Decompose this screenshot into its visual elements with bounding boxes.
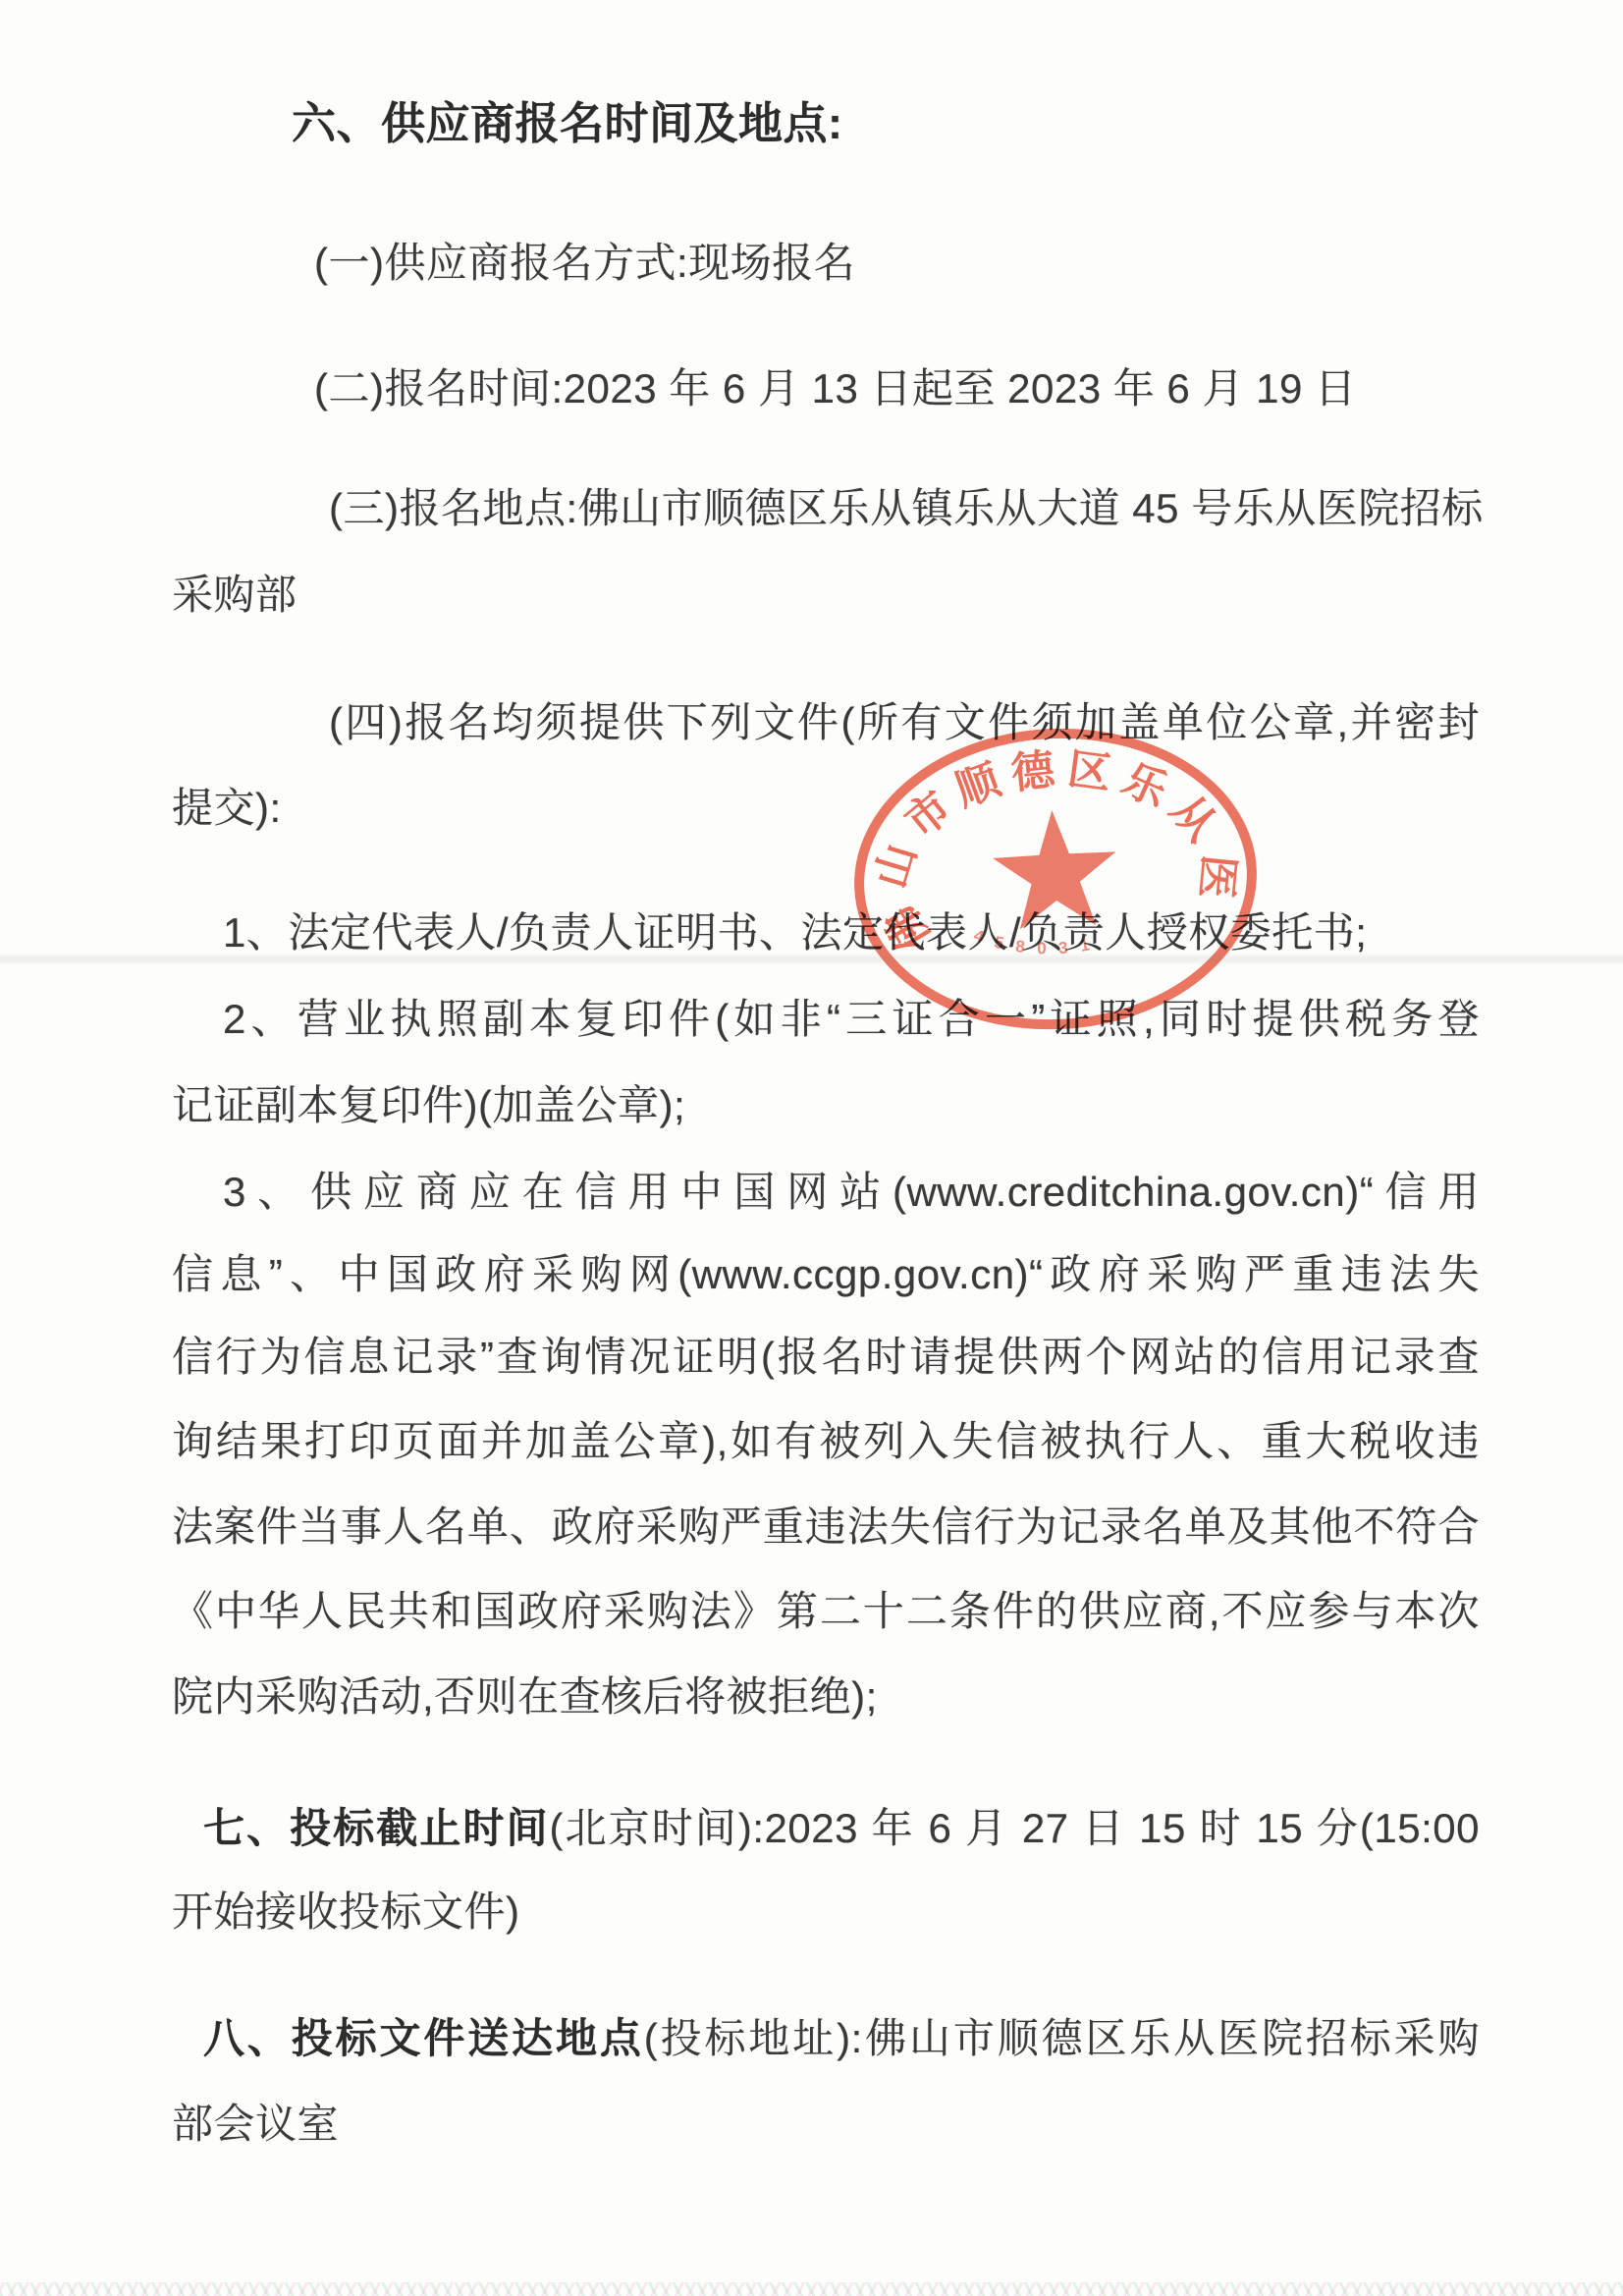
doc-line-text: 《中华人民共和国政府采购法》第二十二条件的供应商,不应参与本次 (172, 1588, 1480, 1634)
doc-line-item-3: (三)报名地点:佛山市顺德区乐从镇乐从大道 45 号乐从医院招标 (172, 479, 1480, 542)
doc-line-text: (三)报名地点:佛山市顺德区乐从镇乐从大道 45 号乐从医院招标 (329, 485, 1484, 531)
doc-line-text: (投标地址):佛山市顺德区乐从医院招标采购 (644, 2015, 1480, 2061)
doc-line-bold: 七、投标截止时间 (203, 1805, 550, 1851)
doc-line: 记证副本复印件)(加盖公章); (172, 1076, 1480, 1139)
doc-line-text: 采购部 (172, 572, 298, 618)
section-heading-eight: 八、投标文件送达地点(投标地址):佛山市顺德区乐从医院招标采购 (172, 2009, 1480, 2072)
section-heading-seven: 七、投标截止时间(北京时间):2023 年 6 月 27 日 15 时 15 分… (172, 1799, 1480, 1862)
doc-line-item-1: (一)供应商报名方式:现场报名 (172, 234, 1480, 297)
seal-star-icon (991, 807, 1120, 931)
doc-line-text: 信行为信息记录”查询情况证明(报名时请提供两个网站的信用记录查 (172, 1334, 1480, 1380)
doc-line-text: 询结果打印页面并加盖公章),如有被列入失信被执行人、重大税收违 (172, 1418, 1480, 1464)
doc-line-text: 3、供应商应在信用中国网站(www.creditchina.gov.cn)“信用 (223, 1169, 1480, 1215)
svg-text:佛山市顺德区乐从医院: 佛山市顺德区乐从医院 (822, 710, 1247, 963)
doc-line-text: 提交): (172, 785, 282, 831)
doc-line-numbered-3: 3、供应商应在信用中国网站(www.creditchina.gov.cn)“信用 (172, 1163, 1480, 1226)
doc-line-bold: 八、投标文件送达地点 (203, 2015, 644, 2061)
doc-line-bold: 六、供应商报名时间及地点: (292, 98, 843, 148)
scan-seam-artifact (0, 953, 1623, 965)
doc-line: 部会议室 (172, 2095, 1480, 2158)
official-seal: 佛山市顺德区乐从医院 458031 (822, 710, 1289, 1048)
doc-line-text: 法案件当事人名单、政府采购严重违法失信行为记录名单及其他不符合 (172, 1503, 1480, 1550)
doc-line: 法案件当事人名单、政府采购严重违法失信行为记录名单及其他不符合 (172, 1498, 1480, 1560)
doc-line-text: 院内采购活动,否则在查核后将被拒绝); (172, 1673, 878, 1720)
doc-line: 《中华人民共和国政府采购法》第二十二条件的供应商,不应参与本次 (172, 1582, 1480, 1645)
doc-line: 采购部 (172, 566, 1480, 629)
doc-line: 院内采购活动,否则在查核后将被拒绝); (172, 1667, 1480, 1730)
scanned-document-page: 六、供应商报名时间及地点: (一)供应商报名方式:现场报名 (二)报名时间:20… (0, 0, 1623, 2296)
seal-org-text: 佛山市顺德区乐从医院 (822, 710, 1247, 963)
doc-line: 信息”、中国政府采购网(www.ccgp.gov.cn)“政府采购严重违法失 (172, 1245, 1480, 1308)
doc-line: 开始接收投标文件) (172, 1883, 1480, 1945)
doc-line-text: 部会议室 (172, 2101, 339, 2147)
doc-line-item-2: (二)报名时间:2023 年 6 月 13 日起至 2023 年 6 月 19 … (172, 359, 1480, 422)
doc-line: 信行为信息记录”查询情况证明(报名时请提供两个网站的信用记录查 (172, 1328, 1480, 1391)
doc-line-text: (二)报名时间:2023 年 6 月 13 日起至 2023 年 6 月 19 … (314, 365, 1357, 411)
section-heading-six: 六、供应商报名时间及地点: (172, 94, 1480, 157)
doc-line: 询结果打印页面并加盖公章),如有被列入失信被执行人、重大税收违 (172, 1412, 1480, 1475)
doc-line-text: (北京时间):2023 年 6 月 27 日 15 时 15 分(15:00 (550, 1805, 1480, 1851)
doc-line-text: (一)供应商报名方式:现场报名 (314, 240, 855, 286)
scan-bottom-edge-artifact (0, 2282, 1623, 2296)
doc-line-text: 开始接收投标文件) (172, 1888, 520, 1935)
doc-line-text: 记证副本复印件)(加盖公章); (172, 1082, 685, 1128)
doc-line-text: 信息”、中国政府采购网(www.ccgp.gov.cn)“政府采购严重违法失 (172, 1251, 1480, 1297)
